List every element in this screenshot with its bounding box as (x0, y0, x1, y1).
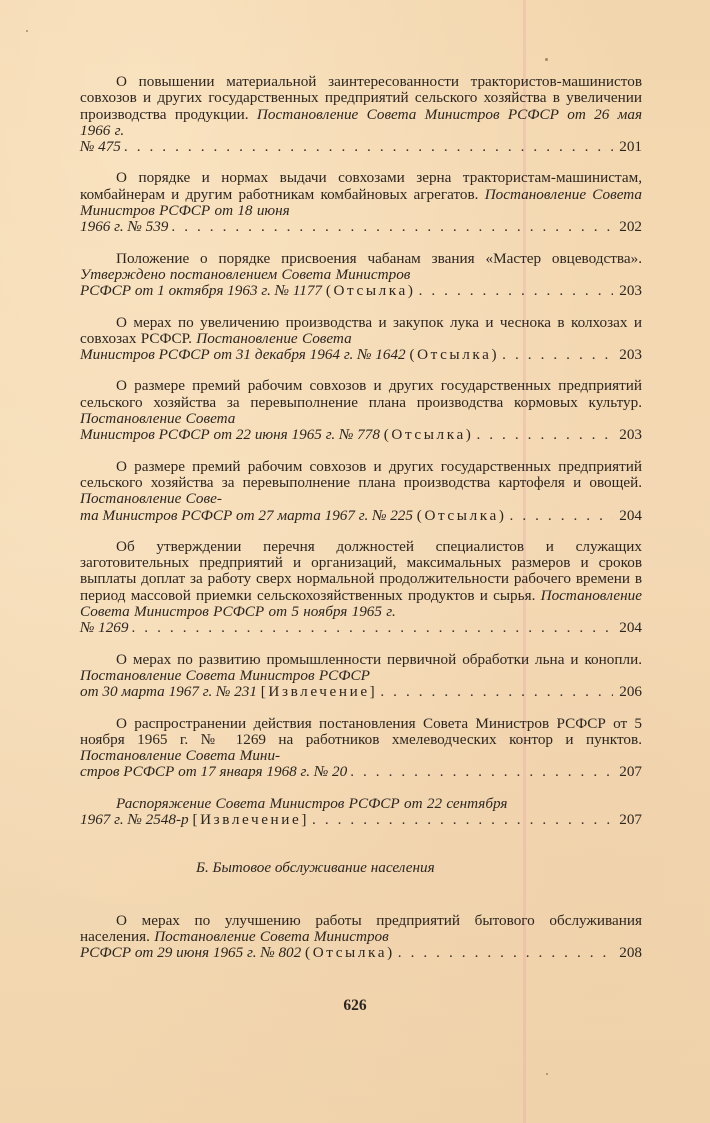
entry-page-number[interactable]: 201 (616, 139, 642, 155)
dot-leader: ........................................… (398, 945, 613, 961)
dot-leader: ........................................… (380, 684, 613, 700)
dot-leader: ........................................… (350, 764, 613, 780)
entry-lead: Министров РСФСР от 31 декабря 1964 г. № … (80, 347, 499, 363)
entry-page-number[interactable]: 206 (616, 684, 642, 700)
paper-speck (545, 58, 548, 61)
entry-citation: Постановление Совета Мини- (80, 747, 280, 764)
entry-page-number[interactable]: 207 (616, 812, 642, 828)
entry-lead: 1966 г. № 539 (80, 219, 168, 235)
entry-citation: Постановление Совета (80, 410, 235, 427)
dot-leader: ........................................… (502, 347, 613, 363)
table-of-contents: О повышении материальной заинтересованно… (80, 74, 642, 976)
entry-citation-tail: 1966 г. № 539 (80, 218, 168, 235)
entry-title: О размере премий рабочим совхозов и друг… (80, 458, 642, 491)
dot-leader: ........................................… (419, 283, 613, 299)
entry-note: [Извлечение] (192, 811, 309, 828)
dot-leader: ........................................… (132, 620, 614, 636)
entry-text: О размере премий рабочим совхозов и друг… (80, 459, 642, 508)
entry-citation: Постановление Совета Министров РСФСР (80, 667, 370, 684)
entry-title: О мерах по развитию промышленности перви… (116, 651, 642, 668)
toc-entries: О повышении материальной заинтересованно… (80, 74, 642, 828)
paper-speck (546, 1073, 548, 1075)
dot-leader: ........................................… (476, 427, 613, 443)
entry-leader-line: Министров РСФСР от 22 июня 1965 г. № 778… (80, 427, 642, 443)
entry-text: Распоряжение Совета Министров РСФСР от 2… (80, 796, 642, 812)
entry-citation-tail: стров РСФСР от 17 января 1968 г. № 20 (80, 763, 347, 780)
toc-entry[interactable]: О мерах по развитию промышленности перви… (80, 652, 642, 701)
entry-leader-line: № 1269..................................… (80, 620, 642, 636)
entry-lead: Министров РСФСР от 22 июня 1965 г. № 778… (80, 427, 473, 443)
entry-page-number[interactable]: 207 (616, 764, 642, 780)
entry-citation-tail: та Министров РСФСР от 27 марта 1967 г. №… (80, 507, 413, 524)
entry-page-number[interactable]: 203 (616, 427, 642, 443)
entry-lead: 1967 г. № 2548-р [Извлечение] (80, 812, 309, 828)
entry-citation: Утверждено постановлением Совета Министр… (80, 266, 410, 283)
entry-text: О повышении материальной заинтересованно… (80, 74, 642, 139)
entry-citation-tail: РСФСР от 1 октября 1963 г. № 1177 (80, 282, 322, 299)
entry-page-number[interactable]: 204 (616, 620, 642, 636)
section-entries: О мерах по улучшению работы предприятий … (80, 913, 642, 962)
toc-entry[interactable]: Распоряжение Совета Министров РСФСР от 2… (80, 796, 642, 829)
dot-leader: ........................................… (510, 508, 613, 524)
entry-leader-line: Министров РСФСР от 31 декабря 1964 г. № … (80, 347, 642, 363)
entry-citation: Постановление Сове- (80, 490, 222, 507)
entry-leader-line: РСФСР от 29 июня 1965 г. № 802 (Отсылка)… (80, 945, 642, 961)
entry-leader-line: та Министров РСФСР от 27 марта 1967 г. №… (80, 508, 642, 524)
entry-text: О распространении действия постановления… (80, 716, 642, 765)
entry-lead: РСФСР от 29 июня 1965 г. № 802 (Отсылка) (80, 945, 395, 961)
entry-note: (Отсылка) (417, 507, 507, 524)
entry-leader-line: 1967 г. № 2548-р [Извлечение]...........… (80, 812, 642, 828)
entry-citation: Постановление Совета Министров (154, 928, 389, 945)
dot-leader: ........................................… (171, 219, 613, 235)
entry-title: О распространении действия постановления… (80, 715, 642, 748)
entry-title: Положение о порядке присвоения чабанам з… (116, 250, 642, 267)
entry-page-number[interactable]: 203 (616, 283, 642, 299)
entry-text: О мерах по увеличению производства и зак… (80, 315, 642, 348)
toc-entry[interactable]: О мерах по увеличению производства и зак… (80, 315, 642, 364)
entry-page-number[interactable]: 203 (616, 347, 642, 363)
toc-entry[interactable]: О размере премий рабочим совхозов и друг… (80, 378, 642, 443)
toc-entry[interactable]: О мерах по улучшению работы предприятий … (80, 913, 642, 962)
entry-text: О мерах по улучшению работы предприятий … (80, 913, 642, 946)
entry-page-number[interactable]: 202 (616, 219, 642, 235)
toc-entry[interactable]: Положение о порядке присвоения чабанам з… (80, 251, 642, 300)
entry-note: (Отсылка) (305, 944, 395, 961)
page-number: 626 (0, 997, 710, 1015)
section-heading: Б. Бытовое обслуживание населения (80, 860, 642, 876)
entry-note: (Отсылка) (326, 282, 416, 299)
entry-lead: стров РСФСР от 17 января 1968 г. № 20 (80, 764, 347, 780)
entry-text: О порядке и нормах выдачи совхозами зерн… (80, 170, 642, 219)
entry-lead: № 1269 (80, 620, 129, 636)
entry-note: (Отсылка) (409, 346, 499, 363)
entry-lead: РСФСР от 1 октября 1963 г. № 1177 (Отсыл… (80, 283, 416, 299)
entry-lead: та Министров РСФСР от 27 марта 1967 г. №… (80, 508, 507, 524)
entry-citation-tail: от 30 марта 1967 г. № 231 (80, 683, 257, 700)
entry-page-number[interactable]: 208 (616, 945, 642, 961)
entry-text: О мерах по развитию промышленности перви… (80, 652, 642, 685)
entry-leader-line: № 475...................................… (80, 139, 642, 155)
entry-title: О размере премий рабочим совхозов и друг… (80, 377, 642, 410)
entry-page-number[interactable]: 204 (616, 508, 642, 524)
entry-note: [Извлечение] (261, 683, 378, 700)
entry-lead: № 475 (80, 139, 121, 155)
entry-citation-tail: РСФСР от 29 июня 1965 г. № 802 (80, 944, 301, 961)
entry-text: Положение о порядке присвоения чабанам з… (80, 251, 642, 284)
entry-lead: от 30 марта 1967 г. № 231 [Извлечение] (80, 684, 377, 700)
entry-citation-tail: 1967 г. № 2548-р (80, 811, 189, 828)
dot-leader: ........................................… (312, 812, 613, 828)
entry-leader-line: 1966 г. № 539...........................… (80, 219, 642, 235)
entry-citation-tail: Министров РСФСР от 22 июня 1965 г. № 778 (80, 426, 380, 443)
entry-citation-tail: Министров РСФСР от 31 декабря 1964 г. № … (80, 346, 406, 363)
entry-text: О размере премий рабочим совхозов и друг… (80, 378, 642, 427)
entry-citation: Постановление Совета (196, 330, 351, 347)
toc-entry[interactable]: О порядке и нормах выдачи совхозами зерн… (80, 170, 642, 235)
paper-speck (26, 30, 28, 32)
entry-leader-line: РСФСР от 1 октября 1963 г. № 1177 (Отсыл… (80, 283, 642, 299)
toc-entry[interactable]: О размере премий рабочим совхозов и друг… (80, 459, 642, 524)
toc-entry[interactable]: О повышении материальной заинтересованно… (80, 74, 642, 155)
entry-citation-tail: № 1269 (80, 619, 129, 636)
entry-leader-line: от 30 марта 1967 г. № 231 [Извлечение]..… (80, 684, 642, 700)
entry-text: Об утверждении перечня должностей специа… (80, 539, 642, 620)
toc-entry[interactable]: Об утверждении перечня должностей специа… (80, 539, 642, 637)
entry-citation: Распоряжение Совета Министров РСФСР от 2… (116, 795, 507, 812)
entry-citation-tail: № 475 (80, 138, 121, 155)
entry-title: О мерах по увеличению производства и зак… (80, 314, 642, 347)
dot-leader: ........................................… (124, 139, 613, 155)
entry-leader-line: стров РСФСР от 17 января 1968 г. № 20...… (80, 764, 642, 780)
entry-note: (Отсылка) (384, 426, 474, 443)
toc-entry[interactable]: О распространении действия постановления… (80, 716, 642, 781)
